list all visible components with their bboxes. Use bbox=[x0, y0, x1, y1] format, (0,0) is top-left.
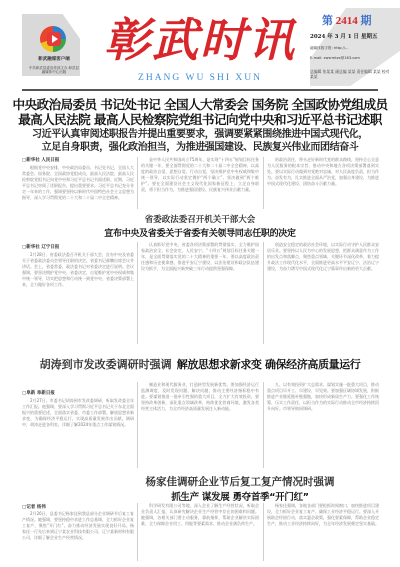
story-2-column-3: 创造安全稳定的政治社会环境，以实际行动守护人民群众安居乐业。要坚持以人民为中心的… bbox=[267, 242, 379, 340]
column-divider bbox=[137, 503, 138, 561]
story-4-column-2: 科学研发有限公司等地，深入企业了解生产经营状况，听取企业负责人汇报，认真研究解决… bbox=[141, 503, 259, 561]
contact-email: E-mail: zwsrmtzx@163.com bbox=[310, 56, 360, 60]
column-divider bbox=[137, 157, 138, 209]
story-4-byline: □记者 杨伟 bbox=[22, 504, 46, 510]
lead-column-2: 是中华人民共和国成立75周年，是实现“十四五”规划目标任务的关键一年，要全面贯彻… bbox=[141, 157, 259, 209]
story-4-column-3-text: 杨家佳强调，各地各部门要抢抓时间窗口，加快推进项目建设，全力抓好企业复工复产，确… bbox=[267, 503, 379, 527]
column-divider bbox=[263, 382, 264, 468]
issue-date: 2024 年 3 月 1 日 星期五 bbox=[310, 32, 377, 40]
story-2-column-2: 认真抓好党中央、省委各项决策部署的贯彻落实，全力维护国家政治安全、社会安定、人民… bbox=[141, 242, 259, 344]
story-2-headline: 宣布中央及省委关于省委有关领导同志任职的决定 bbox=[0, 226, 400, 239]
masthead-divider bbox=[22, 89, 378, 91]
story-2-column-1-text: 2月28日，省委政法委召开机关干部大会，宣布中央及省委关于省委政法委员会领导任职… bbox=[22, 252, 134, 289]
story-4-column-2-text: 科学研发有限公司等地，深入企业了解生产经营状况，听取企业负责人汇报，认真研究解决… bbox=[141, 503, 259, 527]
logo-subtitle: 中共彰武县委宣传部主办 彰武县融媒体中心出版 bbox=[28, 66, 80, 74]
story-2-kicker: 省委政法委召开机关干部大会 bbox=[0, 213, 400, 225]
story-3-kicker: 胡涛到市发改委调研时强调 bbox=[40, 358, 172, 371]
story-3-column-2: 制造业和现代服务业，打造转型发展新优势。要加强经济运行监测调度，及时发现问题、解… bbox=[141, 382, 259, 468]
story-2-column-3-text: 创造安全稳定的政治社会环境，以实际行动守护人民群众安居乐业。要坚持以人民为中心的… bbox=[267, 242, 379, 272]
newspaper-title: 彰武时讯 bbox=[100, 14, 300, 66]
lead-subhead-line-1: 习近平认真审阅述职报告并提出重要要求，强调要紧紧围绕推进中国式现代化， bbox=[0, 129, 400, 141]
lead-column-3-text: 的政治责任，带头走好新时代党的群众路线，坚持全心全意为人民服务的根本宗旨，推动中… bbox=[267, 157, 379, 187]
issue-info: 第 2414 期 2024 年 3 月 1 日 星期五 融媒体数字报: http… bbox=[300, 8, 400, 86]
play-icon bbox=[47, 32, 61, 46]
story-2-column-2-text: 认真抓好党中央、省委各项决策部署的贯彻落实，全力维护国家政治安全、社会安定、人民… bbox=[141, 242, 259, 272]
story-3-headline: 胡涛到市发改委调研时强调 解放思想求新求变 确保经济高质量运行 bbox=[0, 353, 400, 372]
newspaper-title-pinyin: ZHANG WU SHI XUN bbox=[100, 73, 300, 83]
issue-number-value: 2414 bbox=[336, 15, 358, 27]
lead-subhead-line-2: 立足自身职责，强化政治担当，为推进强国建设、民族复兴伟业而团结奋斗 bbox=[0, 142, 400, 154]
story-4-headline: 抓生产 谋发展 勇夺首季“开门红” bbox=[40, 489, 400, 503]
story-3-column-1: 2月27日，市委书记胡涛到市发改委调研，听取发改委全年工作汇报。他强调，要深入学… bbox=[22, 398, 134, 466]
issue-prefix: 第 bbox=[322, 15, 333, 27]
column-divider bbox=[263, 503, 264, 561]
story-2-column-1: 2月28日，省委政法委召开机关干部大会，宣布中央及省委关于省委政法委员会领导任职… bbox=[22, 252, 134, 344]
column-divider bbox=[263, 242, 264, 344]
story-2-byline: □新华社 辽宁日报 bbox=[22, 244, 59, 250]
story-3-headline-main: 解放思想求新求变 确保经济高质量运行 bbox=[177, 358, 361, 371]
story-4-column-1: 2月26日，县委书记杨家佳到我县部分企业调研节后复工复产情况。她强调，要坚持稳中… bbox=[22, 511, 134, 561]
app-logo: 彰武融媒客户端 中共彰武县委宣传部主办 彰武县融媒体中心出版 bbox=[22, 12, 82, 80]
story-4-column-3: 杨家佳强调，各地各部门要抢抓时间窗口，加快推进项目建设，全力抓好企业复工复产，确… bbox=[267, 503, 379, 559]
contact-url: 融媒体数字报: http://... bbox=[310, 46, 348, 51]
story-3-column-1-text: 2月27日，市委书记胡涛到市发改委调研，听取发改委全年工作汇报。他强调，要深入学… bbox=[22, 398, 134, 428]
story-4-column-1-text: 2月26日，县委书记杨家佳到我县部分企业调研节后复工复产情况。她强调，要坚持稳中… bbox=[22, 511, 134, 541]
staff-credits: 总编辑 张某某 副总编 某某 责任编辑 某某 校对 某某 bbox=[310, 70, 390, 79]
story-3-column-3-text: 九、以有效投资扩大总需求，谋划实施一批重大项目，推动重点项目早开工、早建设、早见… bbox=[267, 382, 379, 412]
story-3-byline: □阜新 阜新日报 bbox=[22, 390, 55, 396]
lead-column-1-text: 根据党中央安排，中央政治局委员、书记处书记，全国人大常委会、国务院、全国政协党组… bbox=[22, 165, 134, 202]
lead-byline: □新华社 人民日报 bbox=[22, 157, 59, 163]
lead-column-3: 的政治责任，带头走好新时代党的群众路线，坚持全心全意为人民服务的根本宗旨，推动中… bbox=[267, 157, 379, 195]
story-3-column-3: 九、以有效投资扩大总需求，谋划实施一批重大项目，推动重点项目早开工、早建设、早见… bbox=[267, 382, 379, 456]
column-divider bbox=[137, 382, 138, 468]
lead-headline-line-2: 最高人民法院 最高人民检察院党组书记向党中央和习近平总书记述职 bbox=[0, 112, 400, 127]
column-divider bbox=[137, 242, 138, 344]
column-divider bbox=[263, 157, 264, 209]
lead-headline-line-1: 中央政治局委员 书记处书记 全国人大常委会 国务院 全国政协党组成员 bbox=[0, 97, 400, 112]
logo-caption: 彰武融媒客户端 bbox=[28, 56, 80, 62]
issue-number: 第 2414 期 bbox=[322, 12, 372, 28]
issue-suffix: 期 bbox=[361, 15, 372, 27]
lead-column-2-text: 是中华人民共和国成立75周年，是实现“十四五”规划目标任务的关键一年，要全面贯彻… bbox=[141, 157, 259, 194]
story-4-kicker: 杨家佳调研企业节后复工复产情况时强调 bbox=[40, 474, 400, 489]
lead-column-1: 根据党中央安排，中央政治局委员、书记处书记，全国人大常委会、国务院、全国政协党组… bbox=[22, 165, 134, 207]
story-3-column-2-text: 制造业和现代服务业，打造转型发展新优势。要加强经济运行监测调度，及时发现问题、解… bbox=[141, 382, 259, 412]
